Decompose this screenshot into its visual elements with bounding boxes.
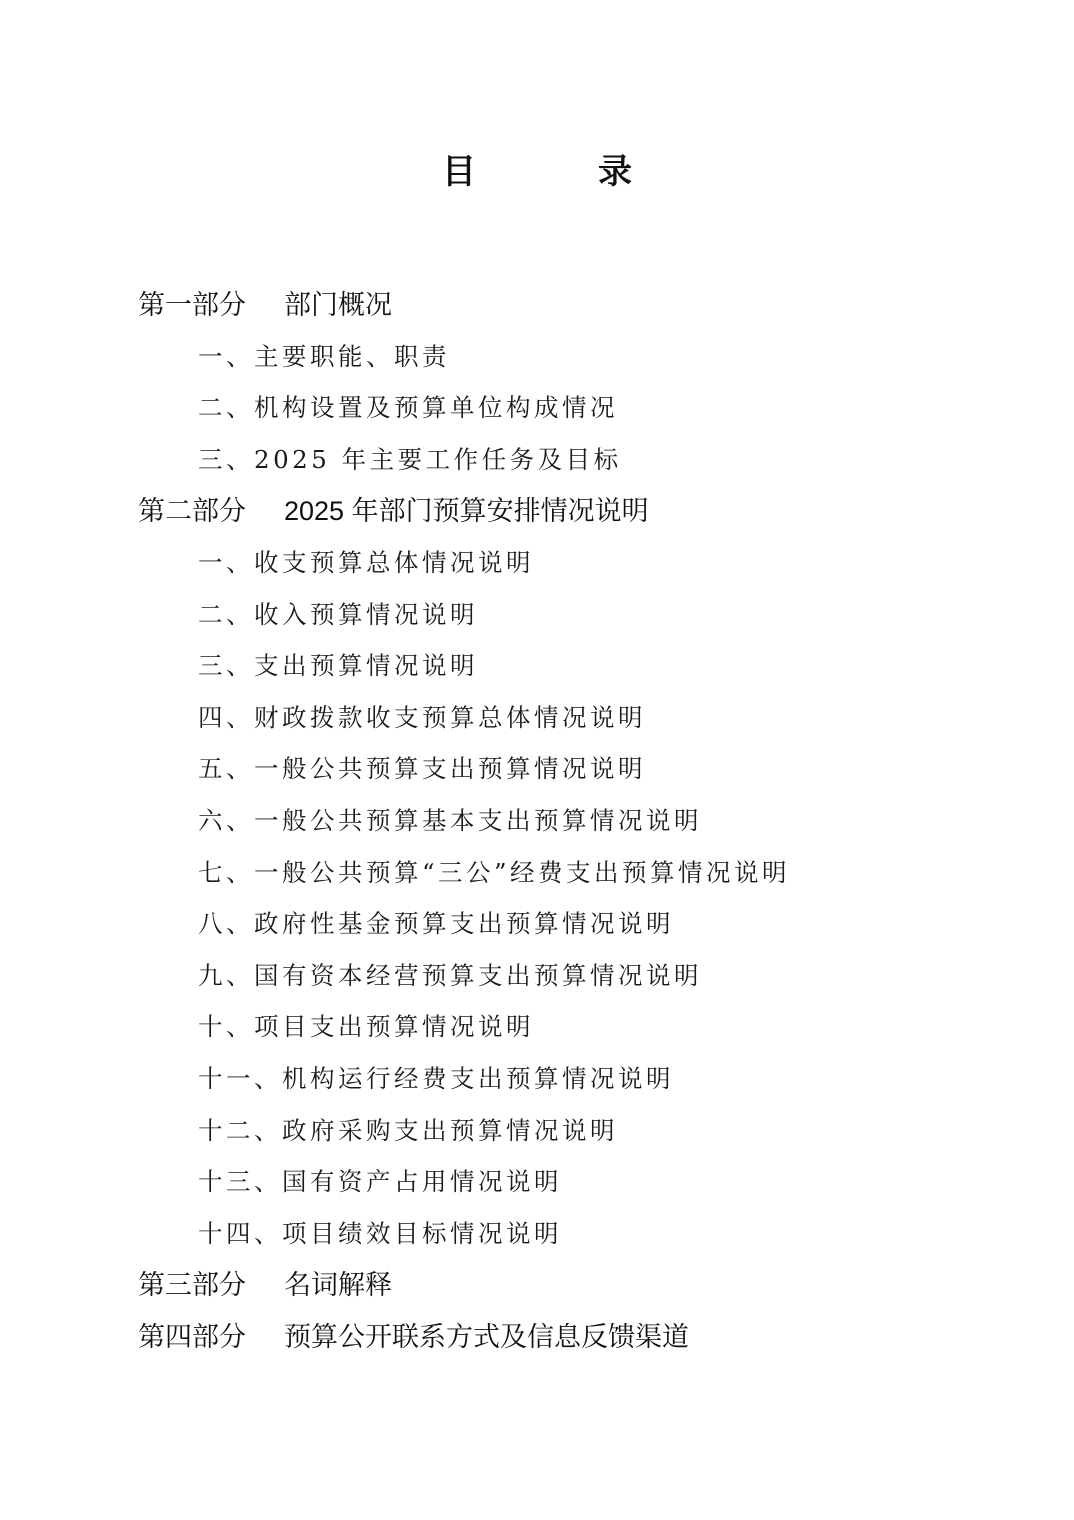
toc-item: 一、主要职能、职责	[138, 334, 998, 386]
table-of-contents: 第一部分部门概况 一、主要职能、职责 二、机构设置及预算单位构成情况 三、202…	[138, 282, 998, 1365]
toc-part-label: 预算公开联系方式及信息反馈渠道	[284, 1322, 689, 1352]
toc-item: 七、一般公共预算“三公”经费支出预算情况说明	[138, 850, 998, 902]
toc-item: 八、政府性基金预算支出预算情况说明	[138, 901, 998, 953]
toc-item: 二、机构设置及预算单位构成情况	[138, 385, 998, 437]
toc-item: 十三、国有资产占用情况说明	[138, 1159, 998, 1211]
toc-part-number: 第四部分	[138, 1314, 284, 1360]
toc-item: 九、国有资本经营预算支出预算情况说明	[138, 953, 998, 1005]
toc-item: 三、2025 年主要工作任务及目标	[138, 437, 998, 489]
toc-item: 四、财政拨款收支预算总体情况说明	[138, 695, 998, 747]
document-page: 目 录 第一部分部门概况 一、主要职能、职责 二、机构设置及预算单位构成情况 三…	[0, 0, 1074, 1520]
toc-part-3: 第三部分名词解释	[138, 1262, 998, 1314]
toc-part-4: 第四部分预算公开联系方式及信息反馈渠道	[138, 1314, 998, 1366]
toc-item: 十四、项目绩效目标情况说明	[138, 1211, 998, 1263]
toc-part-number: 第三部分	[138, 1262, 284, 1308]
toc-item: 六、一般公共预算基本支出预算情况说明	[138, 798, 998, 850]
toc-item: 十一、机构运行经费支出预算情况说明	[138, 1056, 998, 1108]
toc-item: 五、一般公共预算支出预算情况说明	[138, 746, 998, 798]
page-title: 目 录	[0, 148, 1074, 196]
toc-part-number: 第二部分	[138, 488, 284, 534]
toc-item: 二、收入预算情况说明	[138, 592, 998, 644]
toc-item: 三、支出预算情况说明	[138, 643, 998, 695]
toc-item: 一、收支预算总体情况说明	[138, 540, 998, 592]
toc-item: 十、项目支出预算情况说明	[138, 1004, 998, 1056]
toc-part-number: 第一部分	[138, 282, 284, 328]
toc-part-1: 第一部分部门概况	[138, 282, 998, 334]
toc-part-2: 第二部分2025 年部门预算安排情况说明	[138, 488, 998, 540]
toc-part-label: 部门概况	[284, 290, 392, 320]
toc-part-label: 名词解释	[284, 1270, 392, 1300]
toc-part-label: 2025 年部门预算安排情况说明	[284, 496, 649, 526]
toc-item: 十二、政府采购支出预算情况说明	[138, 1108, 998, 1160]
